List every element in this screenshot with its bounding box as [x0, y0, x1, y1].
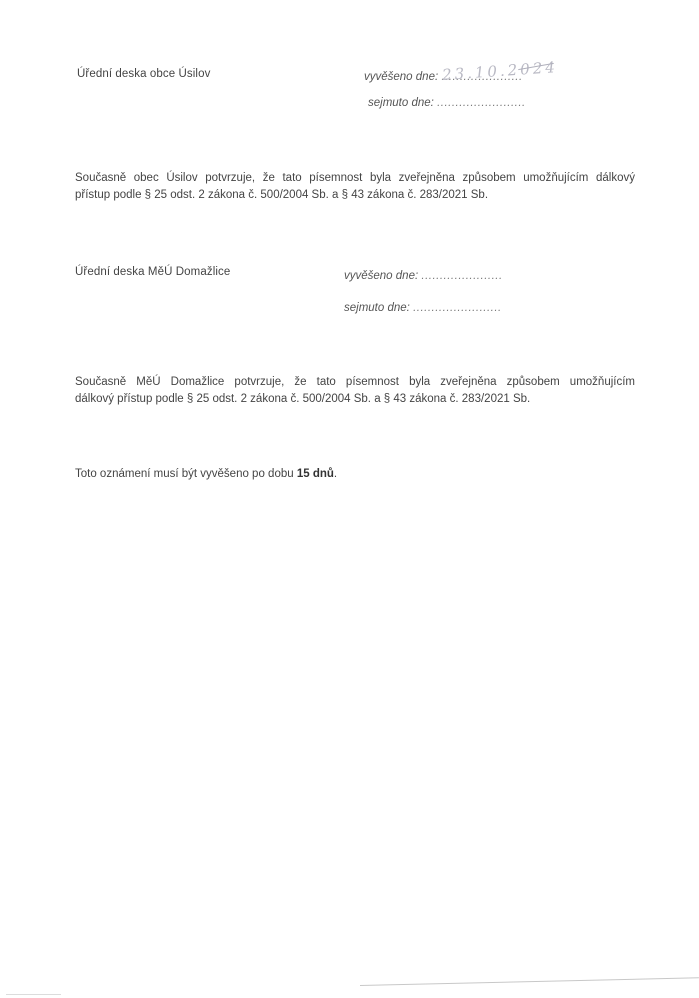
board-label-usilov: Úřední deska obce Úsilov	[77, 68, 210, 80]
notice-suffix: .	[334, 468, 337, 480]
confirmation-paragraph-domazlice: Současně MěÚ Domažlice potvrzuje, že tat…	[75, 374, 635, 408]
scan-edge-line	[360, 977, 699, 986]
posted-dots: ......................	[421, 270, 502, 282]
board-label-domazlice: Úřední deska MěÚ Domažlice	[75, 266, 230, 278]
posted-field-domazlice: vyvěšeno dne: ......................	[344, 270, 503, 282]
notice-duration: 15 dnů	[297, 468, 334, 480]
posting-duration-notice: Toto oznámení musí být vyvěšeno po dobu …	[75, 468, 337, 480]
removed-field-domazlice: sejmuto dne: ........................	[344, 302, 502, 314]
notice-text: Toto oznámení musí být vyvěšeno po dobu	[75, 468, 297, 480]
confirmation-line: přístup podle § 25 odst. 2 zákona č. 500…	[75, 187, 635, 204]
removed-label: sejmuto dne:	[344, 302, 410, 314]
posted-label: vyvěšeno dne:	[364, 71, 438, 83]
confirmation-paragraph-usilov: Současně obec Úsilov potvrzuje, že tato …	[75, 170, 635, 204]
document-page: Úřední deska obce Úsilov vyvěšeno dne: .…	[0, 0, 699, 998]
removed-field-usilov: sejmuto dne: ........................	[368, 97, 526, 109]
confirmation-line: dálkový přístup podle § 25 odst. 2 zákon…	[75, 391, 635, 408]
confirmation-line: Současně MěÚ Domažlice potvrzuje, že tat…	[75, 374, 635, 391]
removed-label: sejmuto dne:	[368, 97, 434, 109]
confirmation-line: Současně obec Úsilov potvrzuje, že tato …	[75, 170, 635, 187]
removed-dots: ........................	[437, 97, 526, 109]
scan-edge-line	[6, 994, 61, 995]
posted-label: vyvěšeno dne:	[344, 270, 418, 282]
removed-dots: ........................	[413, 302, 502, 314]
